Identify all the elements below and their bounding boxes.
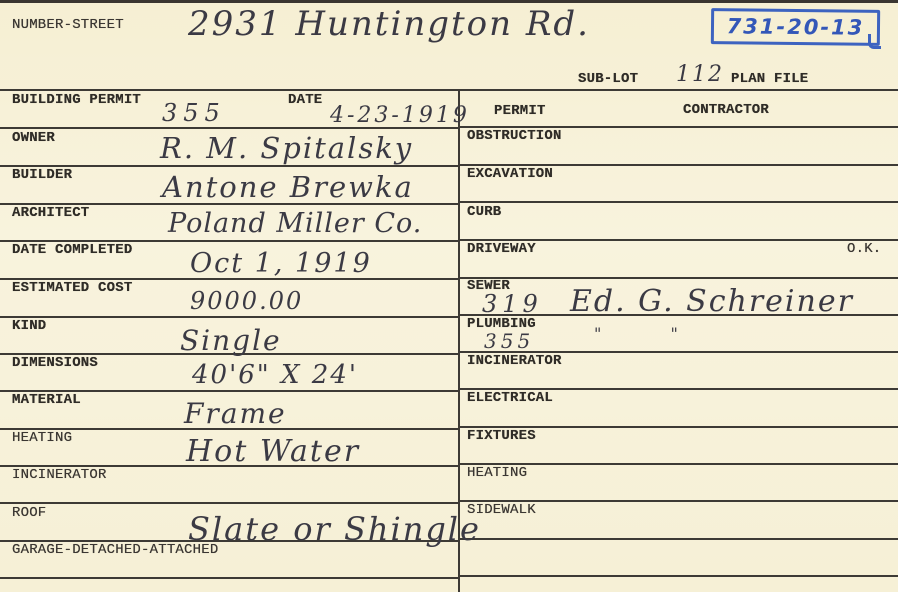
builder-label: BUILDER — [12, 167, 72, 183]
date-label: DATE — [288, 92, 322, 108]
file-number: 731-20-13 — [727, 14, 865, 39]
file-number-stamp: 731-20-13 — [711, 8, 880, 46]
rule — [0, 577, 458, 579]
sub-lot-label: SUB-LOT — [578, 71, 638, 87]
building-permit-label: BUILDING PERMIT — [12, 92, 141, 108]
date-completed-value: Oct 1, 1919 — [190, 248, 372, 279]
garage-label: GARAGE-DETACHED-ATTACHED — [12, 542, 218, 558]
rule — [458, 538, 898, 540]
dimensions-label: DIMENSIONS — [12, 355, 98, 371]
estimated-cost-value: 9000.00 — [190, 287, 303, 315]
permit-fixtures-label: FIXTURES — [467, 428, 536, 444]
number-street-label: NUMBER-STREET — [12, 17, 124, 33]
kind-value: Single — [180, 324, 282, 357]
rule — [0, 316, 458, 318]
incinerator-label: INCINERATOR — [12, 467, 107, 483]
sewer-contractor: Ed. G. Schreiner — [570, 284, 854, 319]
sub-lot-value: 112 — [676, 62, 724, 87]
roof-value: Slate or Shingle — [188, 510, 481, 548]
plan-file-label: PLAN FILE — [731, 71, 808, 87]
permit-driveway-label: DRIVEWAY — [467, 241, 536, 257]
architect-label: ARCHITECT — [12, 205, 89, 221]
permit-incinerator-label: INCINERATOR — [467, 353, 562, 369]
roof-label: ROOF — [12, 505, 46, 521]
contractor-column-header: CONTRACTOR — [683, 102, 769, 118]
kind-label: KIND — [12, 318, 46, 334]
plumbing-contractor-ditto: " " — [594, 324, 710, 343]
building-permit-card: NUMBER-STREET 2931 Huntington Rd. 731-20… — [0, 0, 898, 592]
heating-label: HEATING — [12, 430, 72, 446]
address-value: 2931 Huntington Rd. — [188, 4, 590, 44]
permit-column-header: PERMIT — [494, 103, 546, 119]
estimated-cost-label: ESTIMATED COST — [12, 280, 132, 296]
permit-electrical-label: ELECTRICAL — [467, 390, 553, 406]
rule — [458, 575, 898, 577]
dimensions-value: 40'6" X 24' — [192, 360, 358, 390]
material-value: Frame — [184, 397, 287, 430]
building-permit-value: 355 — [162, 99, 226, 127]
table-top-rule — [0, 89, 898, 91]
heating-value: Hot Water — [186, 434, 360, 469]
owner-value: R. M. Spitalsky — [160, 131, 413, 165]
rule — [458, 277, 898, 279]
permit-heating-label: HEATING — [467, 465, 527, 481]
permit-obstruction-label: OBSTRUCTION — [467, 128, 562, 144]
stamp-flourish — [868, 34, 881, 49]
permit-curb-label: CURB — [467, 204, 501, 220]
rule — [0, 502, 458, 504]
driveway-note: O.K. — [847, 241, 881, 257]
date-value: 4-23-1919 — [330, 103, 470, 128]
rule — [458, 201, 898, 203]
plumbing-permit-number: 355 — [484, 329, 534, 353]
permit-excavation-label: EXCAVATION — [467, 166, 553, 182]
owner-label: OWNER — [12, 130, 55, 146]
material-label: MATERIAL — [12, 392, 81, 408]
architect-value: Poland Miller Co. — [168, 208, 422, 239]
sewer-permit-number: 319 — [482, 290, 543, 318]
builder-value: Antone Brewka — [162, 170, 414, 204]
date-completed-label: DATE COMPLETED — [12, 242, 132, 258]
permit-sidewalk-label: SIDEWALK — [467, 502, 536, 518]
